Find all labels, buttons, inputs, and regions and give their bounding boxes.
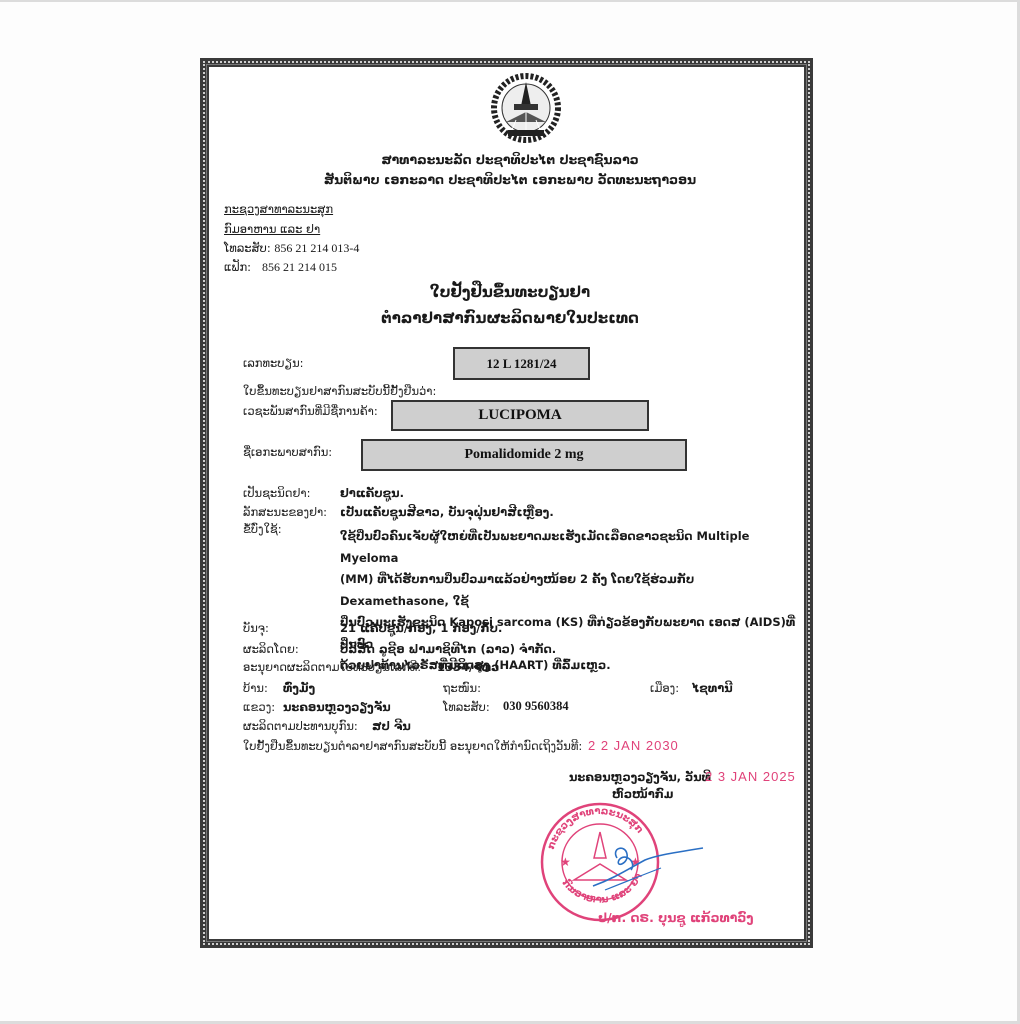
license-number: 1334/ຈທວ [437, 660, 499, 674]
issue-date: 2 3 JAN 2025 [705, 769, 796, 784]
manufacturer-label: ຜະລິດໂດຍ: [243, 642, 299, 656]
province-label: ແຂວງ: [243, 700, 275, 714]
phone-value: 856 21 214 013-4 [274, 241, 359, 255]
certify-text: ໃບຂຶ້ນທະບຽນຢາສາກົນສະບັບນີ້ຢັ້ງຢືນວ່າ: [243, 384, 436, 398]
inn-label: ຊື່ເອກະພາບສາກົນ: [243, 445, 332, 459]
registration-number: 12 L 1281/24 [453, 347, 590, 380]
certificate-subtitle: ຕຳລາຢາສາກົນຜະລິດພາຍໃນປະເທດ [0, 309, 1020, 327]
license-label: ອະນຸຍາດຜະລິດຕາມໃບທະບຽນເລກທີ: [243, 660, 421, 674]
country-name: ສາທາລະນະລັດ ປະຊາທິປະໄຕ ປະຊາຊົນລາວ [0, 152, 1020, 167]
registration-number-label: ເລກທະບຽນ: [243, 356, 304, 370]
description-label: ລັກສະນະຂອງຢາ: [243, 505, 327, 519]
issuer-fax: ແຟັກ: 856 21 214 015 [224, 260, 337, 275]
packaging-label: ບັນຈຸ: [243, 621, 269, 635]
tel: 030 9560384 [503, 699, 569, 714]
phone-label: ໂທລະສັບ: [224, 241, 271, 255]
tel-label: ໂທລະສັບ: [443, 700, 490, 714]
scan-edge-top [0, 0, 1020, 2]
fax-value: 856 21 214 015 [262, 260, 337, 274]
signer-name: ປ/ກ. ດຣ. ບຸນຊູ ແກ້ວທາວົງ [598, 910, 753, 925]
national-motto: ສັນຕິພາບ ເອກະລາດ ປະຊາທິປະໄຕ ເອກະພາບ ວັດທ… [0, 172, 1020, 187]
national-emblem-icon [488, 72, 564, 144]
manufacturer: ບໍລິສັດ ລູຊີອ ຟາມາຊິທີໄກ (ລາວ) ຈຳກັດ. [340, 642, 556, 656]
dosage-form-label: ເປັນຊະນິດຢາ: [243, 486, 310, 500]
svg-text:★: ★ [560, 855, 571, 869]
indication-label: ຂໍ້ບົ່ງໃຊ້: [243, 522, 282, 536]
inn-name: Pomalidomide 2 mg [361, 439, 687, 471]
brand-name: LUCIPOMA [391, 400, 649, 431]
description: ເປັນແຄັບຊູນສີຂາວ, ບັນຈຸຝຸ່ນຢາສີເຫຼືອງ. [340, 505, 554, 519]
certificate-frame [200, 58, 813, 948]
valid-until-date: 2 2 JAN 2030 [588, 738, 679, 753]
validity-text: ໃບຢັ້ງຢືນຂຶ້ນທະບຽນຕຳລາຢາສາກົນສະບັບນີ້ ອະ… [243, 739, 582, 753]
district-label: ເມືອງ: [650, 681, 679, 695]
origin-country: ສປ ຈີນ [372, 719, 411, 733]
handwritten-signature-icon [585, 838, 705, 898]
place-date-prefix: ນະຄອນຫຼວງວຽງຈັນ, ວັນທີ [569, 770, 711, 784]
indication-line: (MM) ທີ່ໄດ້ຮັບການປິ່ນປົວມາແລ້ວຢ່າງໜ້ອຍ 2… [340, 569, 800, 612]
origin-country-label: ຜະລິດຕາມປະທານບຸກົນ: [243, 719, 358, 733]
signer-role: ຫົວໜ້າກົມ [612, 787, 673, 801]
fax-label: ແຟັກ: [224, 260, 251, 274]
road-label: ຖະໜົນ: [443, 681, 481, 695]
brand-name-label: ເວຊະພັນສາກົນທີ່ມີຊື່ການຄ້າ: [243, 404, 378, 418]
province: ນະຄອນຫຼວງວຽງຈັນ [283, 700, 391, 714]
indication-line: ໃຊ້ປິ່ນປົວຄົນເຈັບຜູ້ໃຫຍ່ທີ່ເປັນພະຍາດມະເຮ… [340, 526, 800, 569]
packaging: 21 ແຄັບຊູນ/ກ່ອງ, 1 ກ່ອງ/ກັບ. [340, 621, 502, 635]
department-name: ກົມອາຫານ ແລະ ຢາ [224, 222, 320, 236]
village: ທົ່ງມັງ [283, 681, 315, 695]
district: ໄຊທານີ [692, 681, 733, 695]
village-label: ບ້ານ: [243, 681, 268, 695]
issuer-phone: ໂທລະສັບ: 856 21 214 013-4 [224, 241, 359, 256]
dosage-form: ຢາແຄັບຊູນ. [340, 486, 404, 500]
certificate-title: ໃບຢັ້ງຢືນຂຶ້ນທະບຽນຢາ [0, 283, 1020, 301]
ministry-name: ກະຊວງສາທາລະນະສຸກ [224, 202, 333, 216]
